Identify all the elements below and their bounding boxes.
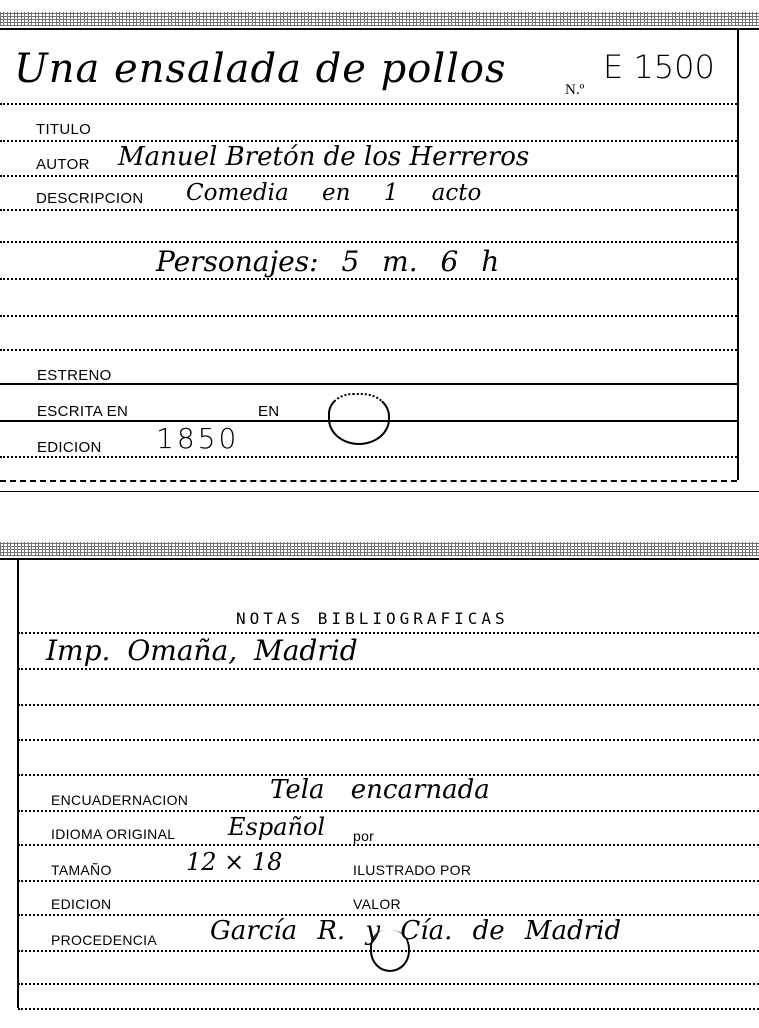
rule-blank-1 (0, 241, 737, 243)
encuadernacion-label: ENCUADERNACION (51, 792, 188, 808)
descripcion-value: Comedia en 1 acto (186, 180, 481, 206)
title-handwritten: Una ensalada de pollos (14, 46, 507, 92)
ilustrado-por-label: ILUSTRADO POR (353, 862, 471, 878)
card-separator (0, 491, 759, 492)
encuadernacion-value: Tela encarnada (270, 775, 490, 805)
rule-notas-2 (18, 668, 759, 670)
rule-blank-3 (0, 349, 737, 351)
en-label: EN (258, 403, 279, 420)
rule-title (0, 103, 737, 105)
tamano-value: 12 × 18 (186, 848, 282, 876)
idioma-original-label: IDIOMA ORIGINAL (51, 826, 175, 842)
card-left-border (17, 558, 19, 1008)
notas-heading: NOTAS BIBLIOGRAFICAS (236, 609, 509, 628)
idioma-original-value: Español (228, 813, 325, 841)
edicion-value-top: 1850 (156, 422, 239, 455)
catalog-number: E 1500 (603, 48, 715, 86)
edicion-label-top: EDICION (37, 439, 102, 456)
ink-stain (328, 393, 390, 445)
rule-estreno (0, 383, 737, 385)
edicion-label-bottom: EDICION (51, 896, 111, 912)
estreno-label: ESTRENO (37, 367, 112, 384)
procedencia-label: PROCEDENCIA (51, 932, 157, 948)
rule-autor (0, 175, 737, 177)
rule-personajes (0, 278, 737, 280)
rule-encuadernacion (18, 810, 759, 812)
card-right-border (737, 28, 739, 480)
valor-label: VALOR (353, 896, 401, 912)
personajes-note: Personajes: 5 m. 6 h (156, 245, 499, 278)
catalog-card-top: Una ensalada de pollos N.º E 1500 TITULO… (0, 0, 759, 495)
card-bottom-bottom-edge (18, 1008, 759, 1010)
rule-tamano (18, 880, 759, 882)
card-top-border (0, 28, 759, 30)
scan-noise-bottom (0, 542, 759, 556)
card-top-bottom-edge (0, 480, 737, 482)
idioma-por-label: por (353, 828, 374, 844)
notas-handwritten: Imp. Omaña, Madrid (46, 634, 358, 667)
rule-idioma (18, 844, 759, 846)
scan-noise-top (0, 12, 759, 26)
rule-blank-2 (0, 315, 737, 317)
rule-notas-3 (18, 704, 759, 706)
rule-edicion (0, 456, 737, 458)
rule-descripcion (0, 209, 737, 211)
catalog-card-bottom: NOTAS BIBLIOGRAFICAS Imp. Omaña, Madrid … (0, 530, 759, 1028)
number-label: N.º (565, 82, 584, 99)
autor-label: AUTOR (36, 156, 90, 173)
titulo-label: TITULO (36, 121, 91, 138)
rule-blank-bottom (18, 983, 759, 985)
rule-notas-4 (18, 739, 759, 741)
card-bottom-top-border (0, 558, 759, 560)
escrita-en-label: ESCRITA EN (37, 403, 128, 420)
rule-escrita (0, 420, 737, 422)
descripcion-label: DESCRIPCION (36, 190, 143, 207)
tamano-label: TAMAÑO (51, 862, 112, 878)
rule-procedencia (18, 950, 759, 952)
procedencia-value: García R. y Cía. de Madrid (210, 916, 621, 946)
autor-value: Manuel Bretón de los Herreros (118, 142, 529, 172)
